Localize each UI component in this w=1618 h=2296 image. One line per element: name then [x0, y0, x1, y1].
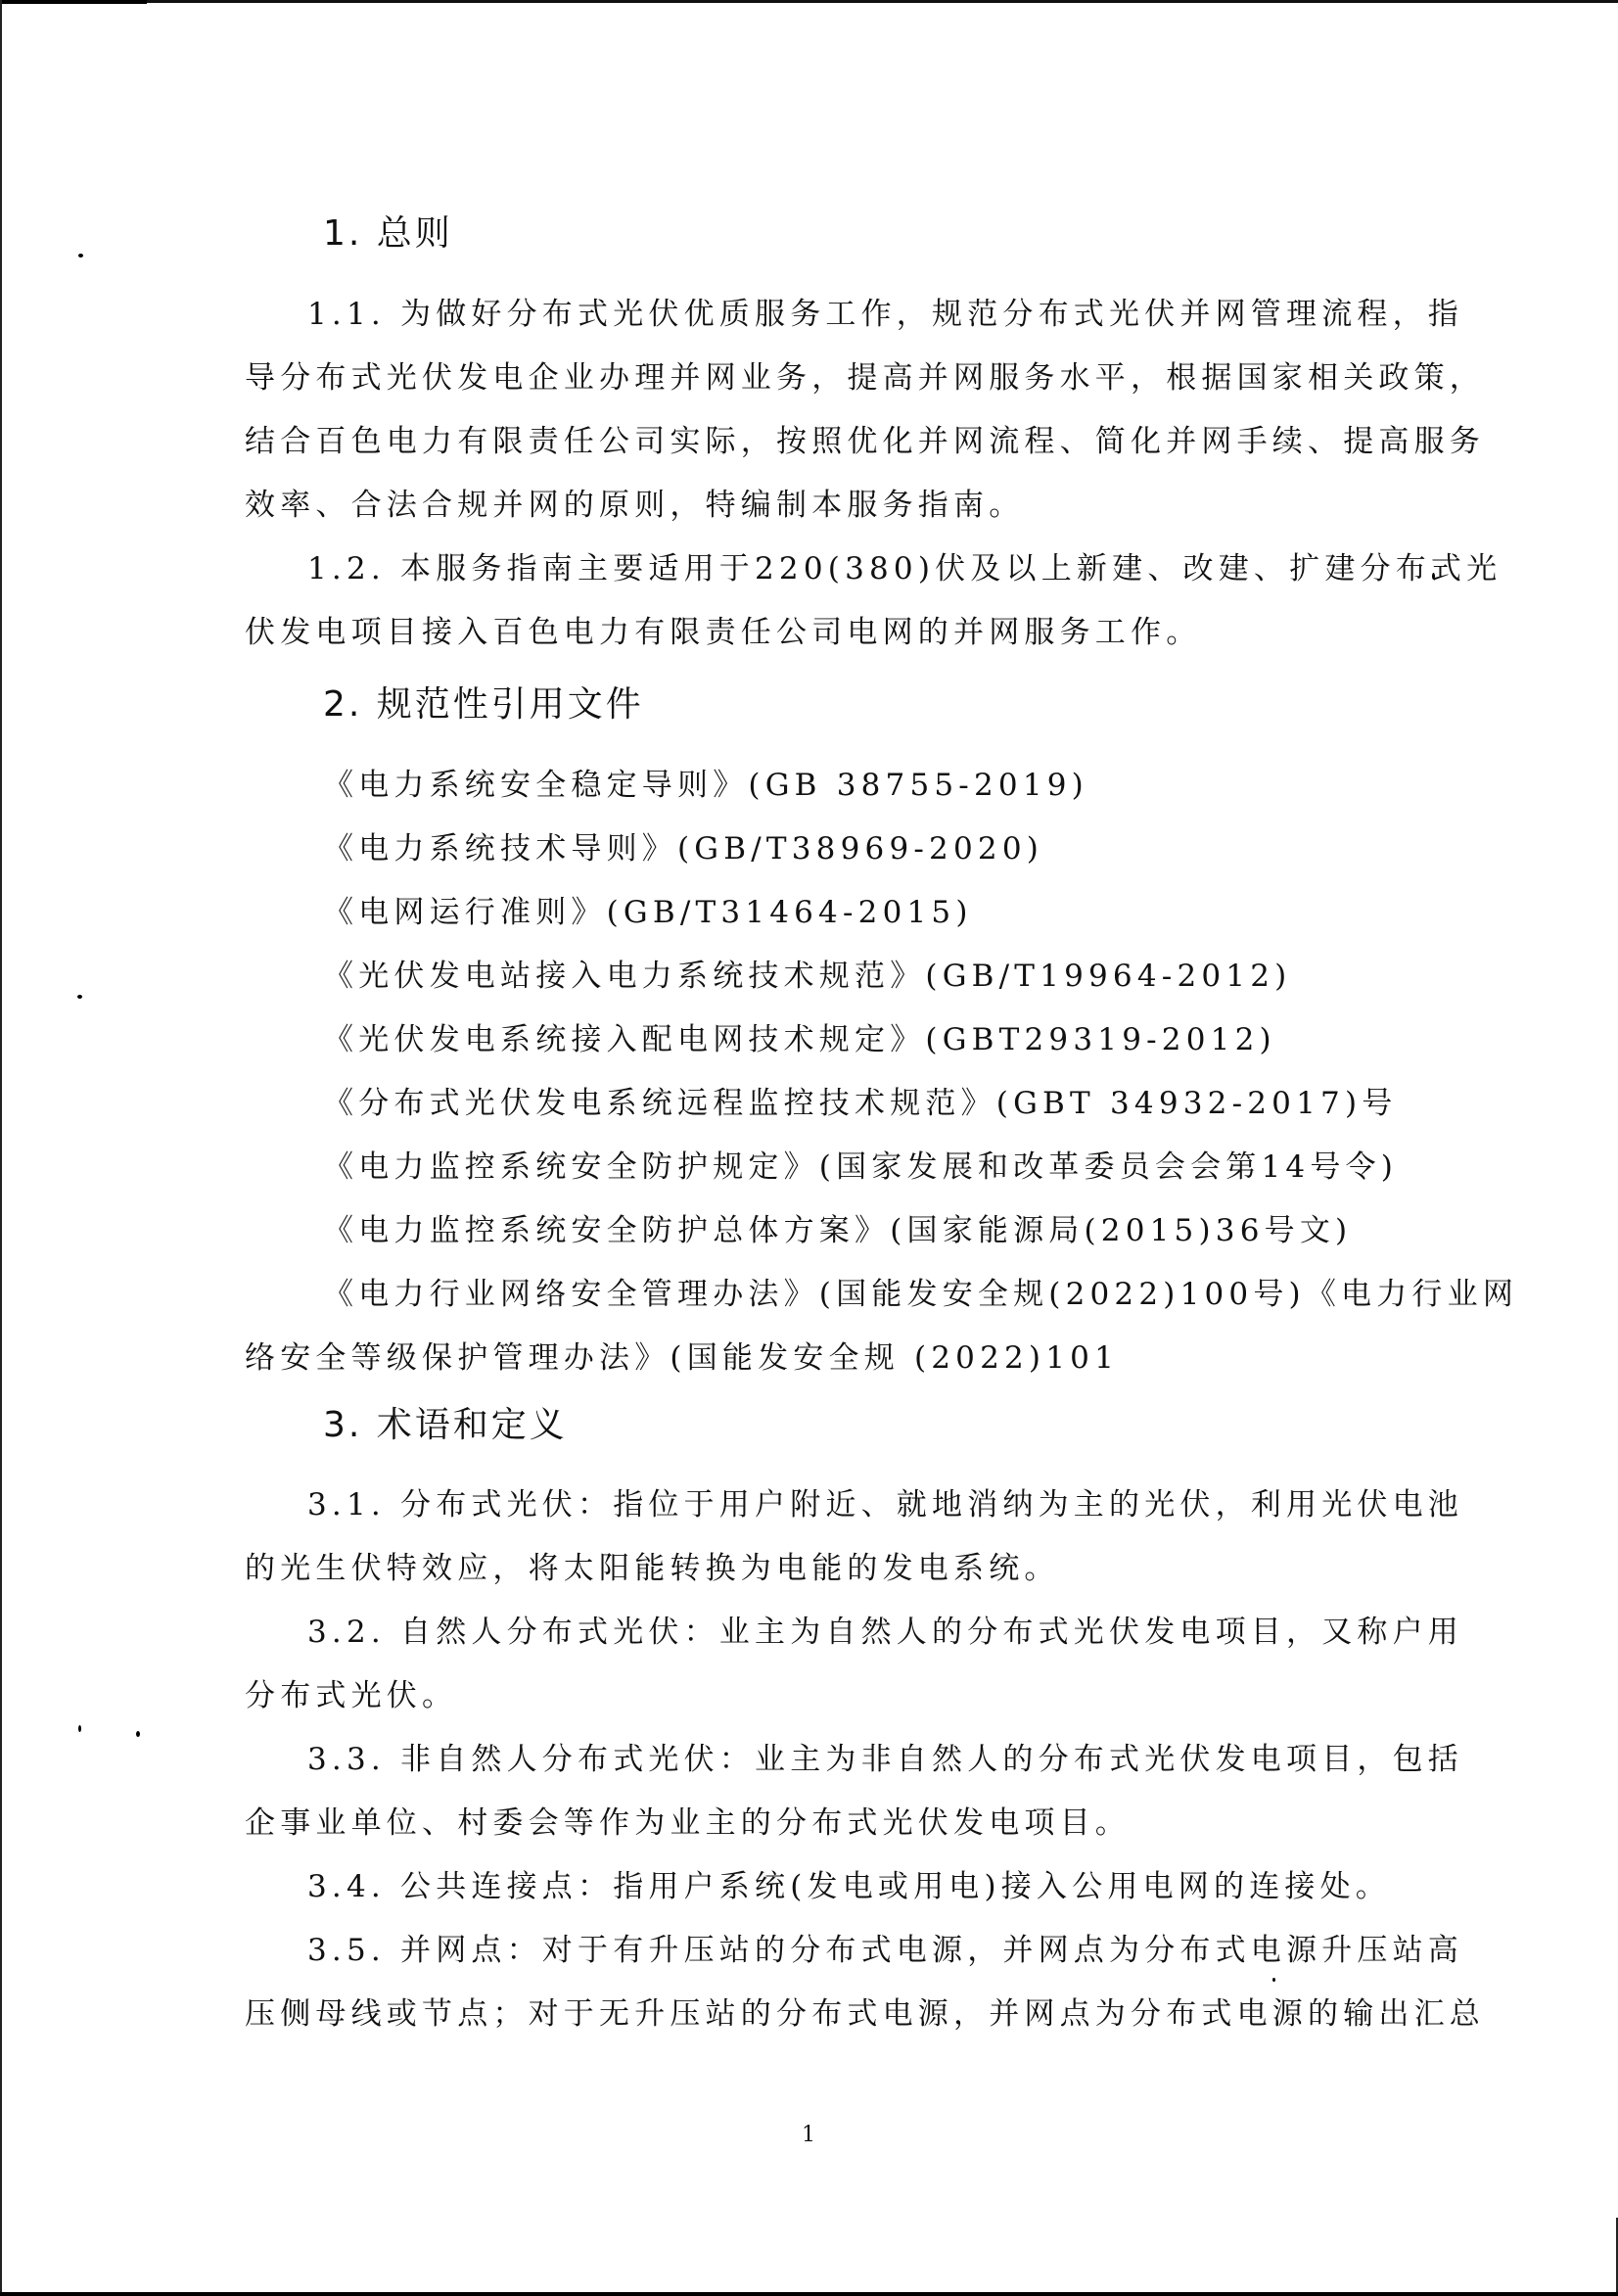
paragraph-line: 1.2. 本服务指南主要适用于220(380)伏及以上新建、改建、扩建分布式光 [307, 549, 1502, 588]
definition-line: 企事业单位、村委会等作为业主的分布式光伏发电项目。 [245, 1804, 1131, 1843]
scan-speck [78, 254, 83, 258]
reference-item: 《光伏发电站接入电力系统技术规范》(GB/T19964-2012) [323, 957, 1291, 996]
reference-item: 《电力系统技术导则》(GB/T38969-2020) [323, 829, 1043, 868]
scan-edge-top-thick [0, 0, 147, 4]
reference-item: 《电力行业网络安全管理办法》(国能发安全规(2022)100号)《电力行业网 [323, 1275, 1518, 1314]
paragraph-line: 导分布式光伏发电企业办理并网业务，提高并网服务水平，根据国家相关政策， [245, 358, 1485, 398]
paragraph-line: 伏发电项目接入百色电力有限责任公司电网的并网服务工作。 [245, 613, 1201, 652]
scan-speck [77, 995, 82, 999]
reference-item: 《电网运行准则》(GB/T31464-2015) [323, 893, 973, 932]
paragraph-line: 效率、合法合规并网的原则，特编制本服务指南。 [245, 486, 1024, 525]
paragraph-line: 1.1. 为做好分布式光伏优质服务工作，规范分布式光伏并网管理流程，指 [307, 295, 1463, 334]
definition-line: 3.2. 自然人分布式光伏：业主为自然人的分布式光伏发电项目，又称户用 [307, 1613, 1463, 1652]
reference-item: 《电力监控系统安全防护规定》(国家发展和改革委员会会第14号令) [323, 1148, 1398, 1187]
reference-item: 《光伏发电系统接入配电网技术规定》(GBT29319-2012) [323, 1020, 1276, 1059]
definition-line: 3.4. 公共连接点：指用户系统(发电或用电)接入公用电网的连接处。 [307, 1867, 1391, 1906]
document-page: 1. 总则 1.1. 为做好分布式光伏优质服务工作，规范分布式光伏并网管理流程，… [0, 0, 1618, 2296]
section-heading-terms-definitions: 3. 术语和定义 [323, 1403, 568, 1448]
definition-line: 的光生伏特效应，将太阳能转换为电能的发电系统。 [245, 1549, 1060, 1588]
scan-speck [78, 1725, 81, 1732]
scan-edge-top [0, 0, 1618, 3]
definition-line: 分布式光伏。 [245, 1676, 457, 1715]
scan-edge-left [0, 0, 2, 2296]
section-heading-normative-references: 2. 规范性引用文件 [323, 682, 644, 727]
page-number: 1 [802, 2123, 815, 2147]
definition-line: 3.5. 并网点：对于有升压站的分布式电源，并网点为分布式电源升压站高 [307, 1931, 1463, 1970]
scan-edge-bottom [0, 2292, 1618, 2296]
reference-item: 络安全等级保护管理办法》(国能发安全规 (2022)101 [245, 1338, 1119, 1378]
scan-speck [136, 1731, 140, 1737]
reference-item: 《电力系统安全稳定导则》(GB 38755-2019) [323, 766, 1088, 805]
section-heading-general: 1. 总则 [323, 211, 453, 257]
reference-item: 《分布式光伏发电系统远程监控技术规范》(GBT 34932-2017)号 [323, 1084, 1397, 1123]
scan-speck [1272, 1978, 1275, 1982]
definition-line: 3.1. 分布式光伏：指位于用户附近、就地消纳为主的光伏，利用光伏电池 [307, 1485, 1463, 1524]
definition-line: 3.3. 非自然人分布式光伏：业主为非自然人的分布式光伏发电项目，包括 [307, 1740, 1463, 1779]
paragraph-line: 结合百色电力有限责任公司实际，按照优化并网流程、简化并网手续、提高服务 [245, 422, 1485, 461]
reference-item: 《电力监控系统安全防护总体方案》(国家能源局(2015)36号文) [323, 1211, 1352, 1250]
definition-line: 压侧母线或节点；对于无升压站的分布式电源，并网点为分布式电源的输出汇总 [245, 1994, 1485, 2034]
